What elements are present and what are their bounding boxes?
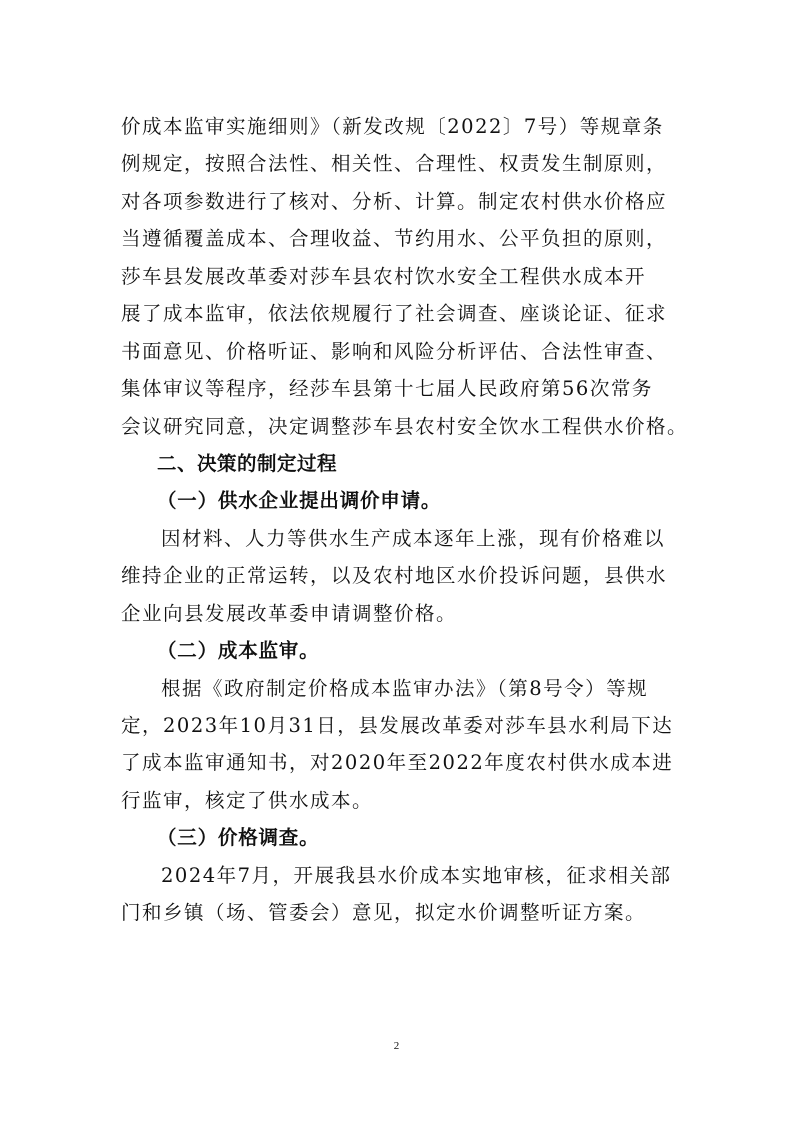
paragraph-line: 莎车县发展改革委对莎车县农村饮水安全工程供水成本开 (121, 258, 681, 295)
paragraph-line: 集体审议等程序，经莎车县第十七届人民政府第56次常务 (121, 370, 681, 407)
paragraph-line: 了成本监审通知书，对2020年至2022年度农村供水成本进 (121, 744, 681, 781)
paragraph-line: 展了成本监审，依法依规履行了社会调查、座谈论证、征求 (121, 295, 681, 332)
paragraph-line: 行监审，核定了供水成本。 (121, 782, 681, 819)
paragraph-line: 门和乡镇（场、管委会）意见，拟定水价调整听证方案。 (121, 894, 681, 931)
document-page: 价成本监审实施细则》（新发改规〔2022〕7号）等规章条 例规定，按照合法性、相… (0, 0, 793, 1122)
paragraph-line: 当遵循覆盖成本、合理收益、节约用水、公平负担的原则， (121, 220, 681, 257)
paragraph-line: 会议研究同意，决定调整莎车县农村安全饮水工程供水价格。 (121, 408, 681, 445)
paragraph-line: 因材料、人力等供水生产成本逐年上涨，现有价格难以 (121, 520, 681, 557)
subsection-heading: （二）成本监审。 (121, 632, 681, 669)
section-heading: 二、决策的制定过程 (121, 445, 681, 482)
subsection-heading: （三）价格调查。 (121, 819, 681, 856)
paragraph-line: 对各项参数进行了核对、分析、计算。制定农村供水价格应 (121, 183, 681, 220)
paragraph-line: 定，2023年10月31日，县发展改革委对莎车县水利局下达 (121, 707, 681, 744)
page-number: 2 (0, 1040, 793, 1052)
subsection-heading: （一）供水企业提出调价申请。 (121, 482, 681, 519)
paragraph-line: 根据《政府制定价格成本监审办法》（第8号令）等规 (121, 670, 681, 707)
paragraph-line: 2024年7月，开展我县水价成本实地审核，征求相关部 (121, 857, 681, 894)
paragraph-line: 企业向县发展改革委申请调整价格。 (121, 595, 681, 632)
paragraph-line: 例规定，按照合法性、相关性、合理性、权责发生制原则， (121, 145, 681, 182)
paragraph-line: 价成本监审实施细则》（新发改规〔2022〕7号）等规章条 (121, 108, 681, 145)
paragraph-line: 书面意见、价格听证、影响和风险分析评估、合法性审查、 (121, 333, 681, 370)
document-body: 价成本监审实施细则》（新发改规〔2022〕7号）等规章条 例规定，按照合法性、相… (121, 108, 681, 932)
paragraph-line: 维持企业的正常运转，以及农村地区水价投诉问题，县供水 (121, 557, 681, 594)
